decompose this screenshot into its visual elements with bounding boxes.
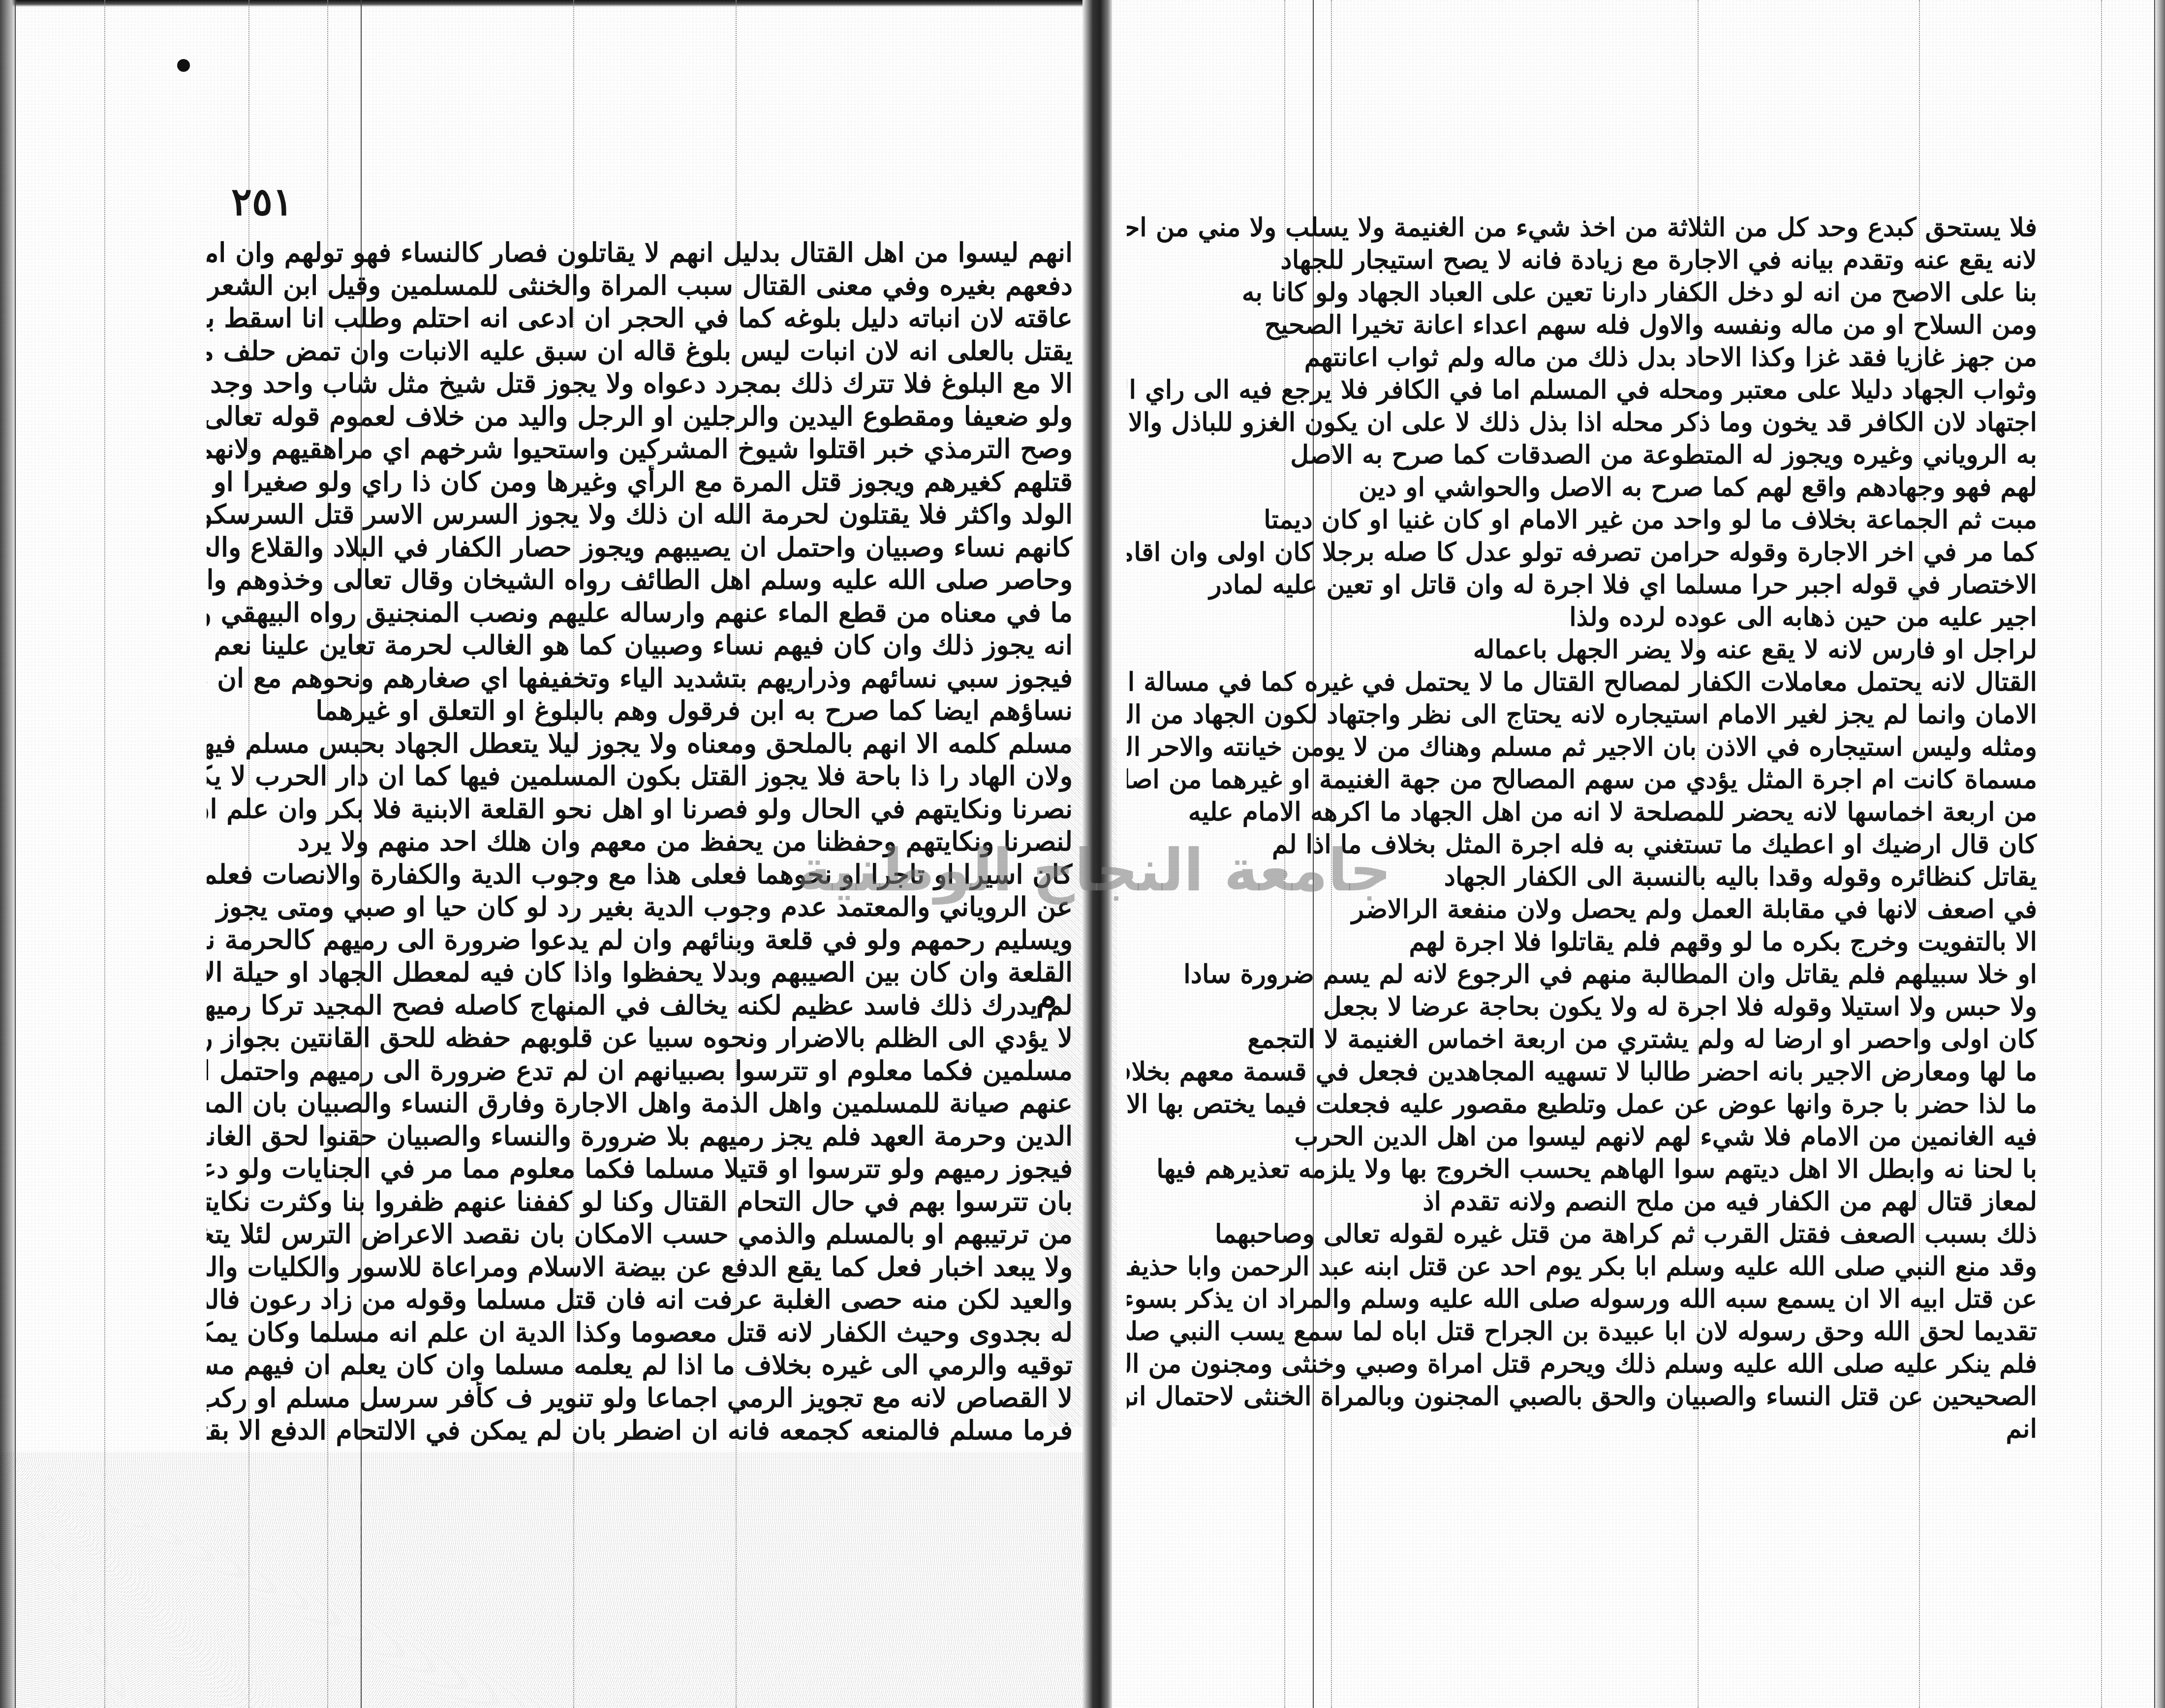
- manuscript-line: كان قال ارضيك او اعطيك ما تستغني به فله …: [1127, 828, 2037, 861]
- manuscript-line: وحاصر صلى الله عليه وسلم اهل الطائف رواه…: [207, 563, 1073, 596]
- manuscript-line: لهم فهو وجهادهم واقع لهم كما صرح به الاص…: [1127, 471, 2037, 504]
- margin-note: م: [1036, 976, 1057, 1017]
- manuscript-line: القتال لانه يحتمل معاملات الكفار لمصالح …: [1127, 666, 2037, 699]
- manuscript-line: او خلا سبيلهم فلم يقاتل وان المطالبة منه…: [1127, 958, 2037, 991]
- manuscript-line: توقيه والرمي الى غيره بخلاف ما اذا لم يع…: [207, 1348, 1073, 1381]
- manuscript-line: كانهم نساء وصبيان واحتمل ان يصيبهم ويجوز…: [207, 531, 1073, 564]
- manuscript-line: الا مع البلوغ فلا تترك ذلك بمجرد دعواه و…: [207, 367, 1073, 400]
- manuscript-line: با لحنا نه وابطل الا اهل ديتهم سوا الهاه…: [1127, 1153, 2037, 1186]
- ruling-line: [104, 0, 105, 1708]
- manuscript-line: انه يجوز ذلك وان كان فيهم نساء وصبيان كم…: [207, 629, 1073, 662]
- manuscript-line: انم: [1127, 1413, 2037, 1445]
- manuscript-line: الولد واكثر فلا يقتلون لحرمة الله ان ذلك…: [207, 498, 1073, 531]
- manuscript-line: الاختصار في قوله اجبر حرا مسلما اي فلا ا…: [1127, 569, 2037, 601]
- manuscript-line: فلا يستحق كبدع وحد كل من الثلاثة من اخذ …: [1127, 212, 2037, 244]
- manuscript-line: به الروياني وغيره ويجوز له المتطوعة من ا…: [1127, 439, 2037, 471]
- manuscript-line: ما في معناه من قطع الماء عنهم وارساله عل…: [207, 596, 1073, 629]
- right-edge-shadow: [2154, 0, 2165, 1708]
- manuscript-line: ومن السلاح او من ماله ونفسه والاول فله س…: [1127, 309, 2037, 341]
- manuscript-line: مسماة كانت ام اجرة المثل يؤدي من سهم الم…: [1127, 763, 2037, 796]
- manuscript-line: كان اسيرا او تاجرا او نحوهما فعلى هذا مع…: [207, 858, 1073, 891]
- manuscript-line: ومثله وليس استيجاره في الاذن بان الاجير …: [1127, 731, 2037, 763]
- manuscript-line: اجير عليه من حين ذهابه الى عوده لرده ولذ…: [1127, 601, 2037, 634]
- right-page-text: فلا يستحق كبدع وحد كل من الثلاثة من اخذ …: [1127, 212, 2037, 1445]
- manuscript-line: والعيد لكن منه حصى الغلبة عرفت انه فان ق…: [207, 1283, 1073, 1316]
- ruling-line: [2101, 0, 2102, 1708]
- ruling-line: [15, 0, 16, 1708]
- manuscript-line: مسلم كلمه الا انهم بالملحق ومعناه ولا يج…: [207, 727, 1073, 760]
- manuscript-line: عاقته لان انباته دليل بلوغه كما في الحجر…: [207, 302, 1073, 335]
- manuscript-line: وقد منع النبي صلى الله عليه وسلم ابا بكر…: [1127, 1250, 2037, 1283]
- manuscript-line: ولو ضعيفا ومقطوع اليدين والرجلين او الرج…: [207, 400, 1073, 433]
- manuscript-line: يقاتل كنظائره وقوله وقدا باليه بالنسبة ا…: [1127, 861, 2037, 893]
- manuscript-line: اجتهاد لان الكافر قد يخون وما ذكر محله ا…: [1127, 406, 2037, 439]
- page-top-shadow: [0, 0, 1112, 7]
- manuscript-line: مبت ثم الجماعة بخلاف ما لو واحد من غير ا…: [1127, 504, 2037, 536]
- manuscript-line: نساؤهم ايضا كما صرح به ابن فرقول وهم بال…: [207, 694, 1073, 727]
- manuscript-line: وصح الترمذي خبر اقتلوا شيوخ المشركين واس…: [207, 432, 1073, 465]
- manuscript-line: فيجوز سبي نسائهم وذراريهم بتشديد الياء و…: [207, 662, 1073, 695]
- manuscript-line: ولا يبعد اخبار فعل كما يقع الدفع عن بيضة…: [207, 1250, 1073, 1283]
- manuscript-line: وثواب الجهاد دليلا على معتبر ومحله في ال…: [1127, 374, 2037, 406]
- manuscript-line: من جهز غازيا فقد غزا وكذا الاحاد بدل ذلك…: [1127, 341, 2037, 374]
- manuscript-line: ويسليم رحمهم ولو في قلعة وبنائهم وان لم …: [207, 923, 1073, 956]
- manuscript-line: لنصرنا ونكايتهم وحفظنا من يحفظ من معهم و…: [207, 825, 1073, 858]
- manuscript-line: عن قتل ابيه الا ان يسمع سبه الله ورسوله …: [1127, 1283, 2037, 1315]
- manuscript-line: لم يدرك ذلك فاسد عظيم لكنه يخالف في المن…: [207, 989, 1073, 1022]
- manuscript-line: الامان وانما لم يجز لغير الامام استيجاره…: [1127, 699, 2037, 731]
- manuscript-line: فيه الغانمين من الامام فلا شيء لهم لانهم…: [1127, 1121, 2037, 1153]
- manuscript-line: لمعاز قتال لهم من الكفار فيه من ملح النص…: [1127, 1186, 2037, 1218]
- manuscript-line: كما مر في اخر الاجارة وقوله حرامن تصرفه …: [1127, 536, 2037, 569]
- manuscript-line: ذلك بسبب الصعف فقتل القرب ثم كراهة من قت…: [1127, 1218, 2037, 1250]
- manuscript-line: ولا حبس ولا استيلا وقوله فلا اجرة له ولا…: [1127, 991, 2037, 1023]
- manuscript-line: الا بالتفويت وخرج بكره ما لو وقهم فلم يق…: [1127, 926, 2037, 958]
- scan-noise-region: [0, 1452, 1082, 1708]
- manuscript-line: لراجل او فارس لانه لا يقع عنه ولا يضر ال…: [1127, 634, 2037, 666]
- manuscript-line: ولان الهاد را ذا باحة فلا يجوز القتل بكو…: [207, 760, 1073, 793]
- manuscript-line: فيجوز رميهم ولو تترسوا او قتيلا مسلما فك…: [207, 1152, 1073, 1185]
- manuscript-line: ما لها ومعارض الاجير بانه احضر طالبا لا …: [1127, 1056, 2037, 1088]
- folio-number: ٢٥١: [231, 180, 293, 224]
- manuscript-line: قتلهم كغيرهم ويجوز قتل المرة مع الرأي وغ…: [207, 465, 1073, 498]
- manuscript-line: دفعهم بغيره وفي معنى القتال سبب المراة و…: [207, 269, 1073, 302]
- manuscript-line: الدين وحرمة العهد فلم يجز رميهم بلا ضرور…: [207, 1120, 1073, 1153]
- manuscript-line: من اربعة اخماسها لانه يحضر للمصلحة لا ان…: [1127, 796, 2037, 828]
- manuscript-line: نصرنا ونكايتهم في الحال ولو فصرنا او اهل…: [207, 793, 1073, 825]
- left-page-text: انهم ليسوا من اهل القتال بدليل انهم لا ي…: [207, 236, 1073, 1447]
- manuscript-line: يقتل بالعلى انه لان انبات ليس بلوغ قاله …: [207, 335, 1073, 367]
- manuscript-line: عن الروياني والمعتمد عدم وجوب الدية بغير…: [207, 890, 1073, 923]
- manuscript-line: مسلمين فكما معلوم او تترسوا بصبيانهم ان …: [207, 1054, 1073, 1087]
- manuscript-line: عنهم صيانة للمسلمين واهل الذمة واهل الاج…: [207, 1087, 1073, 1120]
- manuscript-line: من ترتيبهم او بالمسلم والذمي حسب الامكان…: [207, 1218, 1073, 1250]
- manuscript-line: الصحيحين عن قتل النساء والصبيان والحق با…: [1127, 1380, 2037, 1413]
- manuscript-line: كان اولى واحصر او ارضا له ولم يشتري من ا…: [1127, 1023, 2037, 1056]
- manuscript-line: فلم ينكر عليه صلى الله عليه وسلم ذلك ويح…: [1127, 1348, 2037, 1380]
- ink-blot: [177, 59, 190, 72]
- manuscript-line: لانه يقع عنه وتقدم بيانه في الاجارة مع ز…: [1127, 244, 2037, 276]
- manuscript-line: له بجدوى وحيث الكفار لانه قتل معصوما وكذ…: [207, 1316, 1073, 1349]
- manuscript-line: انهم ليسوا من اهل القتال بدليل انهم لا ي…: [207, 236, 1073, 269]
- manuscript-line: بنا على الاصح من انه لو دخل الكفار دارنا…: [1127, 276, 2037, 309]
- manuscript-line: لا القصاص لانه مع تجويز الرمي اجماعا ولو…: [207, 1381, 1073, 1414]
- manuscript-line: القلعة وان كان بين الصيبهم وبدلا يحفظوا …: [207, 956, 1073, 989]
- book-spine-gutter: [1082, 0, 1112, 1708]
- manuscript-line: لا يؤدي الى الظلم بالاضرار ونحوه سبيا عن…: [207, 1021, 1073, 1054]
- manuscript-line: بان تترسوا بهم في حال التحام القتال وكنا…: [207, 1185, 1073, 1218]
- manuscript-line: تقديما لحق الله وحق رسوله لان ابا عبيدة …: [1127, 1315, 2037, 1348]
- manuscript-line: ما لذا حضر با جرة وانها عوض عن عمل وتلطي…: [1127, 1088, 2037, 1121]
- manuscript-line: في اصعف لانها في مقابلة العمل ولم يحصل و…: [1127, 893, 2037, 926]
- manuscript-line: فرما مسلم فالمنعه كجمعه فانه ان اضطر بان…: [207, 1414, 1073, 1447]
